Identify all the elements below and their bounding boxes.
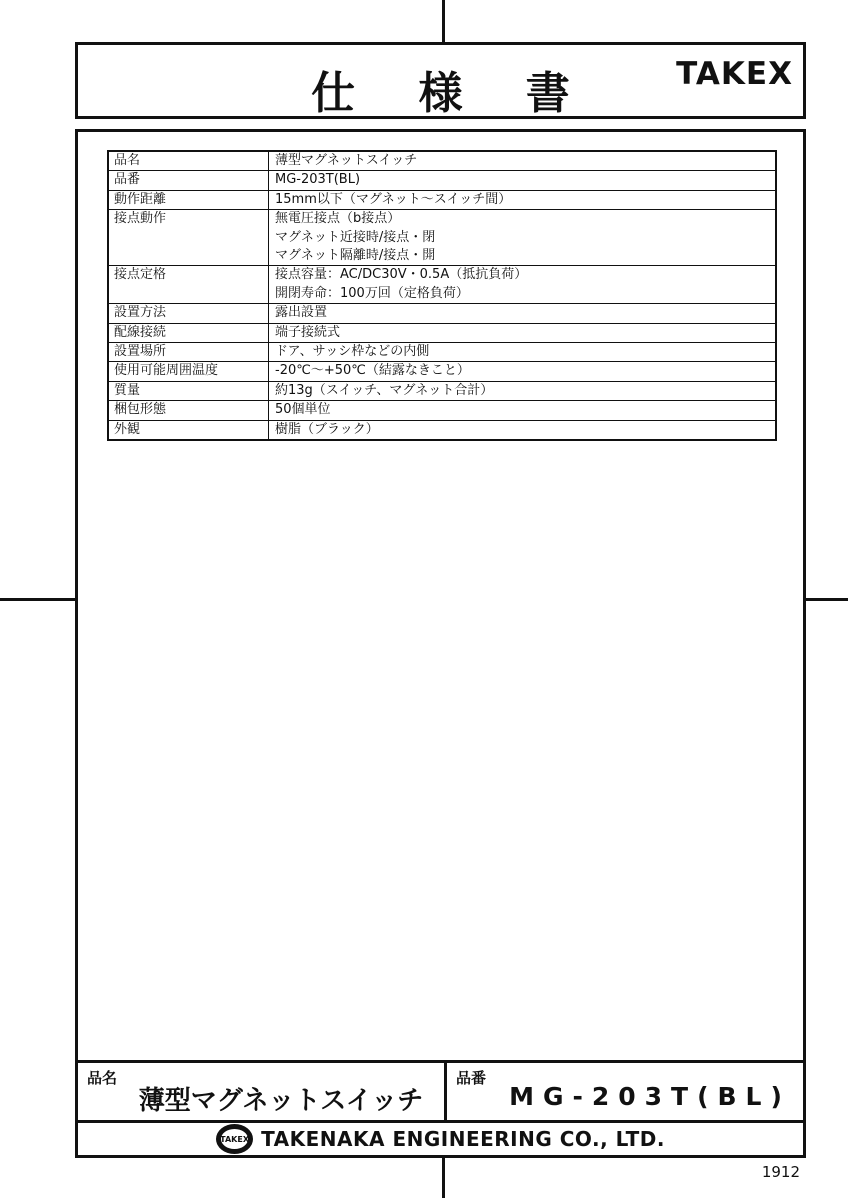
page-number: 1912 xyxy=(730,1163,800,1181)
row-label: 設置場所 xyxy=(109,343,269,361)
row-label: 接点動作 xyxy=(109,210,269,265)
spec-table: 品名 薄型マグネットスイッチ 品番 MG-203T(BL) 動作距離 15mm以… xyxy=(107,150,777,441)
takex-roundel-text: TAKEX xyxy=(220,1135,249,1144)
spec-sheet-page: 仕 様 書 TAKEX 品名 薄型マグネットスイッチ 品番 MG-203T(BL… xyxy=(0,0,848,1200)
takex-roundel-logo-icon: TAKEX xyxy=(216,1124,253,1154)
table-row: 設置場所 ドア、サッシ枠などの内側 xyxy=(109,343,775,362)
row-value-line: -20℃～+50℃（結露なきこと） xyxy=(275,362,775,380)
table-row: 接点動作 無電圧接点（b接点） マグネット近接時/接点・閉 マグネット隔離時/接… xyxy=(109,210,775,266)
row-value-line: MG-203T(BL) xyxy=(275,171,775,189)
row-value-line: 薄型マグネットスイッチ xyxy=(275,152,775,170)
row-value: 端子接続式 xyxy=(269,324,775,342)
row-value: 薄型マグネットスイッチ xyxy=(269,152,775,170)
row-value: 樹脂（ブラック） xyxy=(269,421,775,439)
product-summary-row: 品名 薄型マグネットスイッチ 品番 MG-203T(BL) xyxy=(78,1060,803,1120)
row-value: ドア、サッシ枠などの内側 xyxy=(269,343,775,361)
product-name-cell: 品名 薄型マグネットスイッチ xyxy=(78,1063,447,1120)
trim-mark-top xyxy=(442,0,445,47)
row-value-line: マグネット近接時/接点・閉 xyxy=(275,229,775,247)
row-label: 品番 xyxy=(109,171,269,189)
title-box: 仕 様 書 TAKEX xyxy=(75,42,806,119)
row-value: 無電圧接点（b接点） マグネット近接時/接点・閉 マグネット隔離時/接点・開 xyxy=(269,210,775,265)
row-value-line: ドア、サッシ枠などの内側 xyxy=(275,343,775,361)
row-label: 梱包形態 xyxy=(109,401,269,419)
row-label: 外観 xyxy=(109,421,269,439)
row-value-line: 端子接続式 xyxy=(275,324,775,342)
row-label: 品名 xyxy=(109,152,269,170)
table-row: 設置方法 露出設置 xyxy=(109,304,775,323)
table-row: 品番 MG-203T(BL) xyxy=(109,171,775,190)
row-label: 配線接続 xyxy=(109,324,269,342)
takex-brand-logo: TAKEX xyxy=(676,56,793,92)
row-value: 接点容量：AC/DC30V・0.5A（抵抗負荷） 開閉寿命：100万回（定格負荷… xyxy=(269,266,775,303)
row-value-line: 露出設置 xyxy=(275,304,775,322)
row-value-line: 開閉寿命：100万回（定格負荷） xyxy=(275,285,775,303)
row-value-line: 樹脂（ブラック） xyxy=(275,421,775,439)
row-value: 露出設置 xyxy=(269,304,775,322)
table-row: 梱包形態 50個単位 xyxy=(109,401,775,420)
row-value-line: 50個単位 xyxy=(275,401,775,419)
company-name: TAKENAKA ENGINEERING CO., LTD. xyxy=(261,1127,665,1151)
row-label: 動作距離 xyxy=(109,191,269,209)
table-row: 接点定格 接点容量：AC/DC30V・0.5A（抵抗負荷） 開閉寿命：100万回… xyxy=(109,266,775,304)
table-row: 外観 樹脂（ブラック） xyxy=(109,421,775,439)
row-value: -20℃～+50℃（結露なきこと） xyxy=(269,362,775,380)
row-label: 接点定格 xyxy=(109,266,269,303)
trim-mark-right xyxy=(805,598,848,601)
row-value-line: 約13g（スイッチ、マグネット合計） xyxy=(275,382,775,400)
table-row: 使用可能周囲温度 -20℃～+50℃（結露なきこと） xyxy=(109,362,775,381)
row-value-line: マグネット隔離時/接点・開 xyxy=(275,247,775,265)
content-box: 品名 薄型マグネットスイッチ 品番 MG-203T(BL) 動作距離 15mm以… xyxy=(75,129,806,1158)
table-row: 質量 約13g（スイッチ、マグネット合計） xyxy=(109,382,775,401)
trim-mark-bottom xyxy=(442,1158,445,1198)
row-value: MG-203T(BL) xyxy=(269,171,775,189)
row-label: 質量 xyxy=(109,382,269,400)
row-value-line: 15mm以下（マグネット～スイッチ間） xyxy=(275,191,775,209)
row-label: 使用可能周囲温度 xyxy=(109,362,269,380)
table-row: 配線接続 端子接続式 xyxy=(109,324,775,343)
row-label: 設置方法 xyxy=(109,304,269,322)
trim-mark-left xyxy=(0,598,79,601)
row-value: 約13g（スイッチ、マグネット合計） xyxy=(269,382,775,400)
row-value: 15mm以下（マグネット～スイッチ間） xyxy=(269,191,775,209)
company-footer-row: TAKEX TAKENAKA ENGINEERING CO., LTD. xyxy=(78,1120,803,1155)
product-code-cell: 品番 MG-203T(BL) xyxy=(447,1063,803,1120)
product-code: MG-203T(BL) xyxy=(447,1082,803,1111)
table-row: 品名 薄型マグネットスイッチ xyxy=(109,152,775,171)
product-name: 薄型マグネットスイッチ xyxy=(78,1080,444,1117)
row-value-line: 無電圧接点（b接点） xyxy=(275,210,775,228)
row-value-line: 接点容量：AC/DC30V・0.5A（抵抗負荷） xyxy=(275,266,775,284)
row-value: 50個単位 xyxy=(269,401,775,419)
table-row: 動作距離 15mm以下（マグネット～スイッチ間） xyxy=(109,191,775,210)
